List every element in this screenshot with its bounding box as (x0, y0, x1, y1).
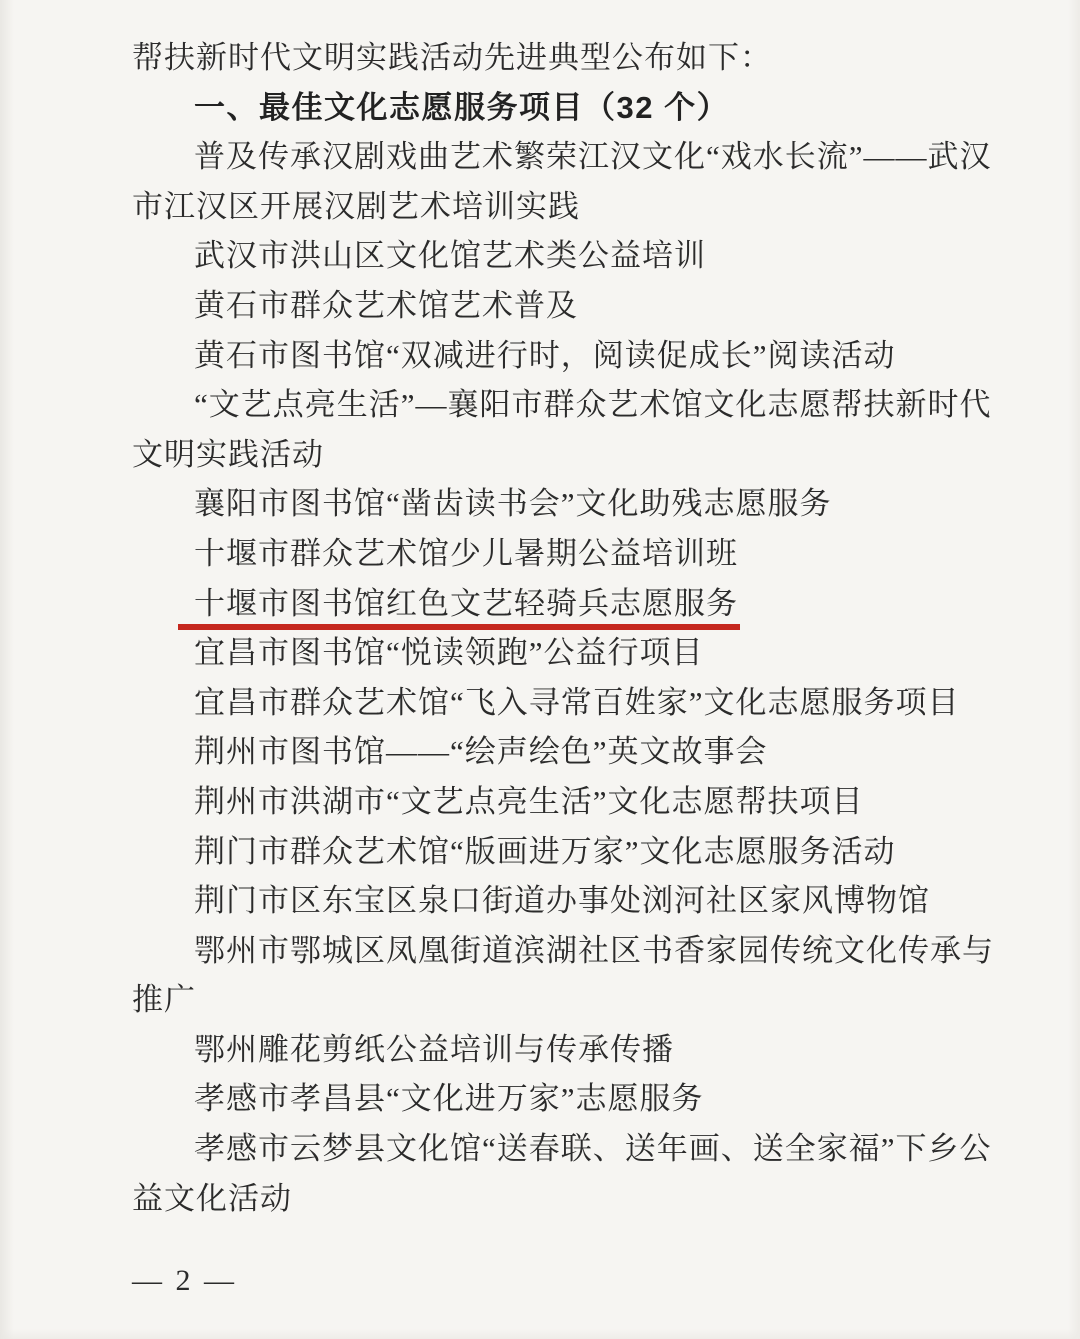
line-text: 荆州市图书馆——“绘声绘色”英文故事会 (194, 734, 768, 769)
document-line: 文明实践活动 (132, 430, 1020, 480)
document-line: 宜昌市图书馆“悦读领跑”公益行项目 (132, 628, 1020, 678)
line-text: 武汉市洪山区文化馆艺术类公益培训 (194, 238, 706, 273)
intro-line: 帮扶新时代文明实践活动先进典型公布如下： (132, 33, 1020, 83)
document-line: 荆门市群众艺术馆“版画进万家”文化志愿服务活动 (132, 827, 1020, 877)
document-line: “文艺点亮生活”—襄阳市群众艺术馆文化志愿帮扶新时代 (132, 380, 1020, 430)
document-line: 黄石市群众艺术馆艺术普及 (132, 281, 1020, 331)
document-content: 帮扶新时代文明实践活动先进典型公布如下： 一、最佳文化志愿服务项目（32 个） … (132, 33, 1020, 1298)
document-line: 鄂州市鄂城区凤凰街道滨湖社区书香家园传统文化传承与 (132, 926, 1020, 976)
line-text: 孝感市云梦县文化馆“送春联、送年画、送全家福”下乡公 (194, 1131, 992, 1166)
document-line: 武汉市洪山区文化馆艺术类公益培训 (132, 231, 1020, 281)
line-text: 十堰市图书馆红色文艺轻骑兵志愿服务 (178, 586, 740, 630)
document-line: 十堰市群众艺术馆少儿暑期公益培训班 (132, 529, 1020, 579)
line-text: “文艺点亮生活”—襄阳市群众艺术馆文化志愿帮扶新时代 (194, 387, 992, 422)
line-text: 荆门市区东宝区泉口街道办事处浏河社区家风博物馆 (194, 883, 930, 918)
line-text: 宜昌市群众艺术馆“飞入寻常百姓家”文化志愿服务项目 (194, 685, 960, 720)
line-text: 鄂州雕花剪纸公益培训与传承传播 (194, 1032, 674, 1067)
document-line: 荆州市洪湖市“文艺点亮生活”文化志愿帮扶项目 (132, 777, 1020, 827)
line-text: 黄石市群众艺术馆艺术普及 (194, 288, 578, 323)
line-text: 益文化活动 (132, 1181, 292, 1216)
page-number: — 2 — (132, 1264, 1020, 1298)
line-text: 普及传承汉剧戏曲艺术繁荣江汉文化“戏水长流”——武汉 (194, 139, 992, 174)
line-text: 市江汉区开展汉剧艺术培训实践 (132, 189, 580, 224)
document-page: 帮扶新时代文明实践活动先进典型公布如下： 一、最佳文化志愿服务项目（32 个） … (0, 0, 1080, 1339)
document-line: 荆州市图书馆——“绘声绘色”英文故事会 (132, 727, 1020, 777)
document-line: 推广 (132, 975, 1020, 1025)
line-text: 孝感市孝昌县“文化进万家”志愿服务 (194, 1081, 704, 1116)
document-line-highlighted: 十堰市图书馆红色文艺轻骑兵志愿服务 (132, 579, 1020, 629)
document-line: 孝感市孝昌县“文化进万家”志愿服务 (132, 1074, 1020, 1124)
line-text: 推广 (132, 982, 196, 1017)
document-line: 孝感市云梦县文化馆“送春联、送年画、送全家福”下乡公 (132, 1124, 1020, 1174)
section-heading: 一、最佳文化志愿服务项目（32 个） (132, 83, 1020, 133)
document-line: 宜昌市群众艺术馆“飞入寻常百姓家”文化志愿服务项目 (132, 678, 1020, 728)
document-line: 襄阳市图书馆“凿齿读书会”文化助残志愿服务 (132, 479, 1020, 529)
document-line: 普及传承汉剧戏曲艺术繁荣江汉文化“戏水长流”——武汉 (132, 132, 1020, 182)
document-line: 黄石市图书馆“双减进行时，阅读促成长”阅读活动 (132, 331, 1020, 381)
line-text: 襄阳市图书馆“凿齿读书会”文化助残志愿服务 (194, 486, 832, 521)
document-line: 益文化活动 (132, 1174, 1020, 1224)
document-line: 鄂州雕花剪纸公益培训与传承传播 (132, 1025, 1020, 1075)
line-text: 鄂州市鄂城区凤凰街道滨湖社区书香家园传统文化传承与 (194, 933, 994, 968)
document-lines: 普及传承汉剧戏曲艺术繁荣江汉文化“戏水长流”——武汉市江汉区开展汉剧艺术培训实践… (132, 132, 1020, 1223)
line-text: 荆门市群众艺术馆“版画进万家”文化志愿服务活动 (194, 834, 896, 869)
document-line: 荆门市区东宝区泉口街道办事处浏河社区家风博物馆 (132, 876, 1020, 926)
document-line: 市江汉区开展汉剧艺术培训实践 (132, 182, 1020, 232)
line-text: 文明实践活动 (132, 437, 324, 472)
line-text: 宜昌市图书馆“悦读领跑”公益行项目 (194, 635, 704, 670)
line-text: 黄石市图书馆“双减进行时，阅读促成长”阅读活动 (194, 338, 896, 373)
line-text: 十堰市群众艺术馆少儿暑期公益培训班 (194, 536, 738, 571)
line-text: 荆州市洪湖市“文艺点亮生活”文化志愿帮扶项目 (194, 784, 864, 819)
